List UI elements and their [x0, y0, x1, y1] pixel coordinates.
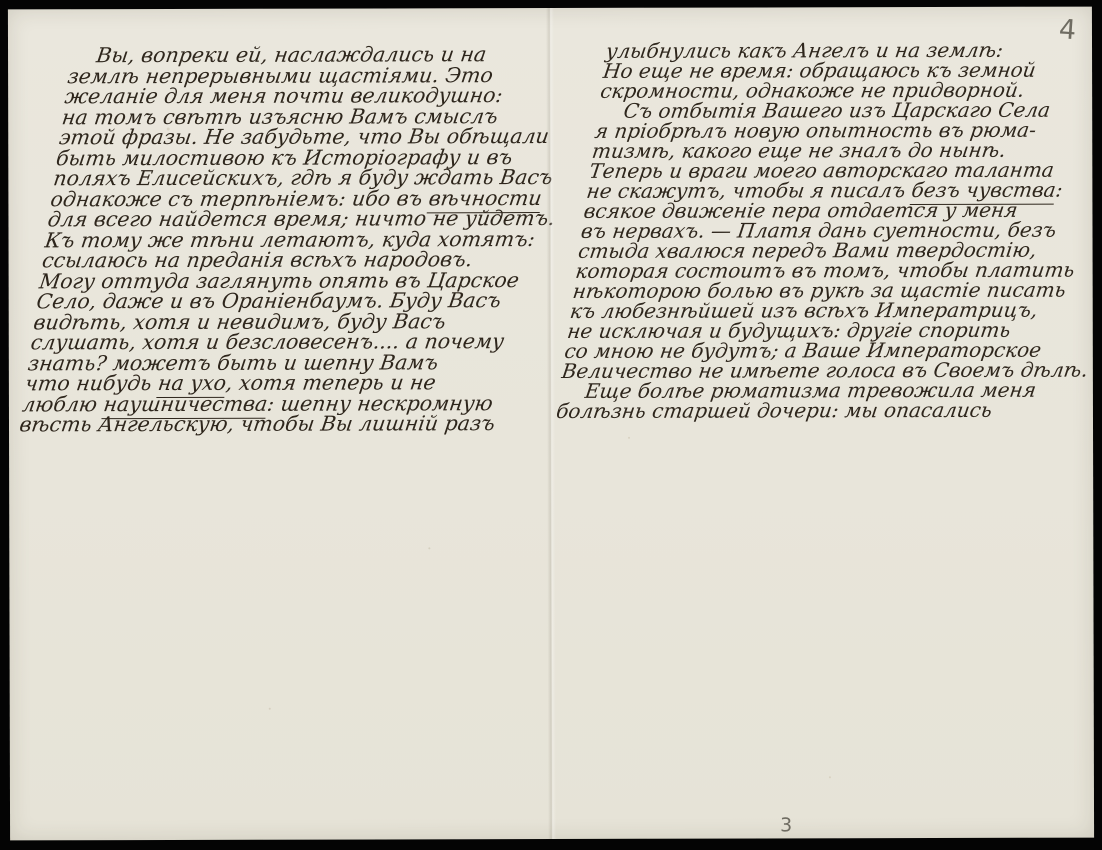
manuscript-line: всякое движеніе пера отдается у меня — [584, 191, 1093, 212]
manuscript-line: не исключая и будущихъ: другіе спорить — [567, 311, 1076, 332]
manuscript-line: поляхъ Елисейскихъ, гдѣ я буду ждать Вас… — [54, 157, 555, 179]
manuscript-line: улыбнулись какъ Ангелъ и на землѣ: — [606, 31, 1102, 52]
manuscript-line: для всего найдется время; ничто не уйдет… — [48, 198, 549, 220]
manuscript-line: землѣ непрерывными щастіями. Это — [68, 54, 569, 76]
manuscript-line: не скажутъ, чтобы я писалъ безъ чувства: — [587, 171, 1096, 192]
manuscript-line: быть милостивою къ Исторіографу и въ — [56, 136, 557, 158]
manuscript-line: въ нервахъ. — Платя дань суетности, безъ — [581, 211, 1090, 232]
manuscript-line: Еще болѣе рюматизма тревожила меня — [559, 371, 1068, 392]
letter-page-left: Вы, вопреки ей, наслаждались и наземлѣ н… — [8, 8, 552, 840]
manuscript-line: люблю наушничества: шепну нескромную — [22, 383, 523, 405]
manuscript-line: которая состоитъ въ томъ, чтобы платить — [576, 251, 1085, 272]
manuscript-line: Съ отбытія Вашего изъ Царскаго Села — [598, 91, 1102, 112]
manuscript-line: Къ тому же тѣни летаютъ, куда хотятъ: — [45, 219, 546, 241]
letter-scan: Вы, вопреки ей, наслаждались и наземлѣ н… — [0, 0, 1102, 850]
pencil-page-number: 4 — [1058, 14, 1077, 46]
letter-sheet: Вы, вопреки ей, наслаждались и наземлѣ н… — [8, 7, 1094, 841]
manuscript-line: вѣсть Ангельскую, чтобы Вы лишній разъ — [20, 403, 521, 425]
manuscript-line: однакоже съ терпѣніемъ: ибо въ вѣчности — [51, 177, 552, 199]
manuscript-line: я пріобрѣлъ новую опытность въ рюма- — [595, 111, 1102, 132]
pencil-sheet-number: 3 — [780, 814, 792, 836]
manuscript-line: Могу оттуда заглянуть опять въ Царское — [39, 260, 540, 282]
manuscript-line: Вы, вопреки ей, наслаждались и на — [71, 34, 572, 56]
manuscript-line: этой фразы. Не забудьте, что Вы обѣщали — [59, 116, 560, 138]
manuscript-line: на томъ свѣтѣ изъясню Вамъ смыслъ — [62, 95, 563, 117]
manuscript-line: болѣзнь старшей дочери: мы опасались — [556, 391, 1065, 412]
manuscript-line: Теперь и враги моего авторскаго таланта — [589, 151, 1098, 172]
manuscript-line: къ любезнѣйшей изъ всѣхъ Императрицъ, — [570, 291, 1079, 312]
manuscript-line: желаніе для меня почти великодушно: — [65, 75, 566, 97]
manuscript-line: Село, даже и въ Ораніенбаумъ. Буду Васъ — [37, 280, 538, 302]
manuscript-line: Но еще не время: обращаюсь къ земной — [603, 51, 1102, 72]
manuscript-line: слушать, хотя и безсловесенъ.... а почем… — [31, 321, 532, 343]
letter-page-right: улыбнулись какъ Ангелъ и на землѣ:Но еще… — [550, 7, 1094, 839]
manuscript-line: со мною не будутъ; а Ваше Императорское — [565, 331, 1074, 352]
manuscript-line: Величество не имѣете голоса въ Своемъ дѣ… — [562, 351, 1071, 372]
manuscript-line: стыда хвалюся передъ Вами твердостію, — [578, 231, 1087, 252]
manuscript-line: что нибудь на ухо, хотя теперь и не — [25, 362, 526, 384]
page-text-right: улыбнулись какъ Ангелъ и на землѣ:Но еще… — [556, 31, 1102, 412]
manuscript-line: ссылаюсь на преданія всѣхъ народовъ. — [42, 239, 543, 261]
manuscript-line: нѣкоторою болью въ рукѣ за щастіе писать — [573, 271, 1082, 292]
page-text-left: Вы, вопреки ей, наслаждались и наземлѣ н… — [20, 34, 572, 425]
